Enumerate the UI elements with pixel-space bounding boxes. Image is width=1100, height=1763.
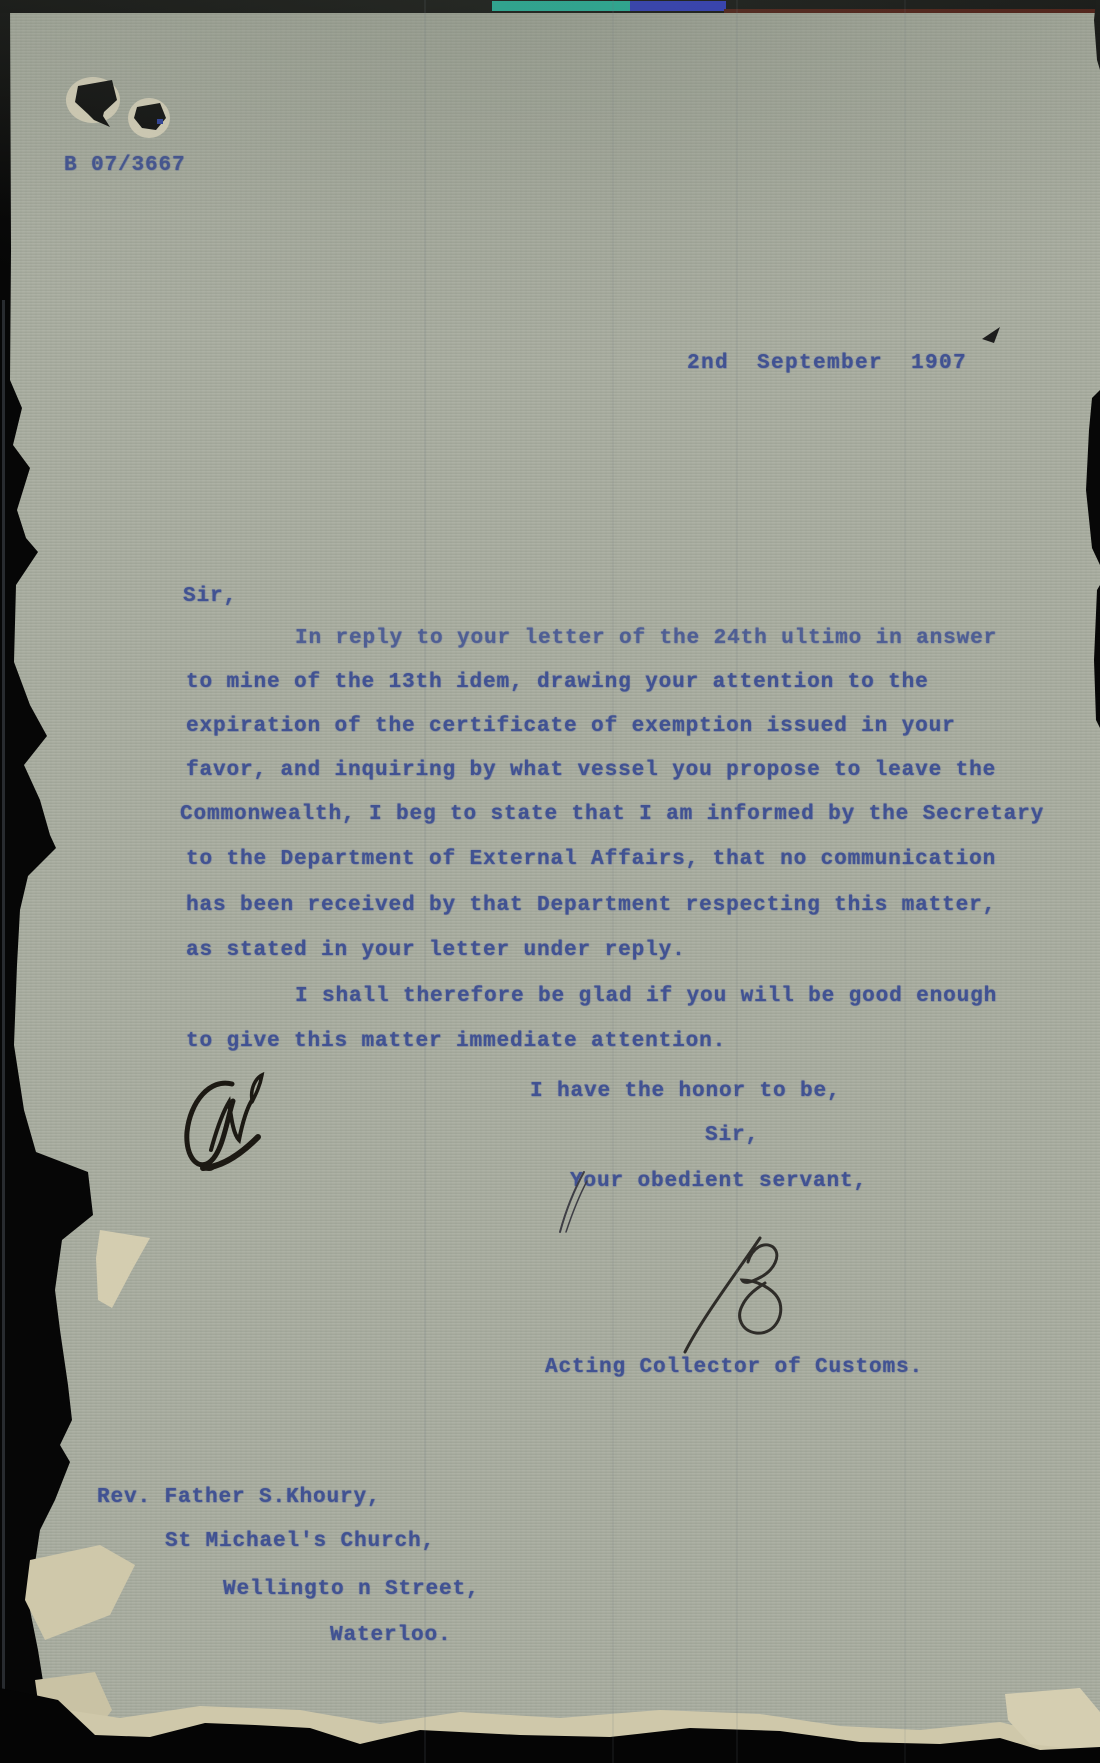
torn-paper-flap — [35, 1672, 112, 1742]
body-line: has been received by that Department res… — [186, 894, 996, 917]
body-line: favor, and inquiring by what vessel you … — [186, 759, 996, 782]
torn-paper-flap — [1005, 1688, 1100, 1752]
scan-border-right — [1086, 0, 1100, 728]
body-line: to mine of the 13th idem, drawing your a… — [186, 671, 929, 694]
date-line: 2nd September 1907 — [687, 352, 967, 375]
body-line: In reply to your letter of the 24th ulti… — [295, 627, 997, 650]
body-line: I shall therefore be glad if you will be… — [295, 985, 997, 1008]
punch-hole — [128, 98, 170, 138]
reference-number: B 07/3667 — [64, 154, 186, 177]
recipient-name-line: Rev. Father S.Khoury, — [97, 1486, 381, 1509]
punch-hole — [66, 77, 120, 127]
closing-servant-line: Your obedient servant, — [570, 1170, 867, 1193]
signature-flourish — [685, 1238, 781, 1352]
pen-initials-mark — [187, 1075, 262, 1171]
scan-border-top — [0, 0, 1100, 13]
body-line: to give this matter immediate attention. — [186, 1030, 726, 1053]
recipient-street-line: Wellingto n Street, — [223, 1578, 480, 1601]
torn-paper-flap — [96, 1230, 150, 1308]
torn-paper-flap — [25, 1545, 135, 1640]
closing-honor-line: I have the honor to be, — [530, 1080, 841, 1103]
closing-sir-line: Sir, — [705, 1124, 759, 1147]
scan-border-bottom — [0, 1688, 1100, 1763]
body-line: as stated in your letter under reply. — [186, 939, 686, 962]
recipient-church-line: St Michael's Church, — [165, 1530, 435, 1553]
scanned-letter-page: B 07/3667 2nd September 1907 Sir, In rep… — [0, 0, 1100, 1763]
body-line: Commonwealth, I beg to state that I am i… — [180, 803, 1044, 826]
recipient-city-line: Waterloo. — [330, 1624, 452, 1647]
signature-title-line: Acting Collector of Customs. — [545, 1356, 923, 1379]
check-mark — [982, 327, 1000, 343]
body-line: expiration of the certificate of exempti… — [186, 715, 956, 738]
body-line: to the Department of External Affairs, t… — [186, 848, 996, 871]
salutation: Sir, — [183, 585, 237, 608]
